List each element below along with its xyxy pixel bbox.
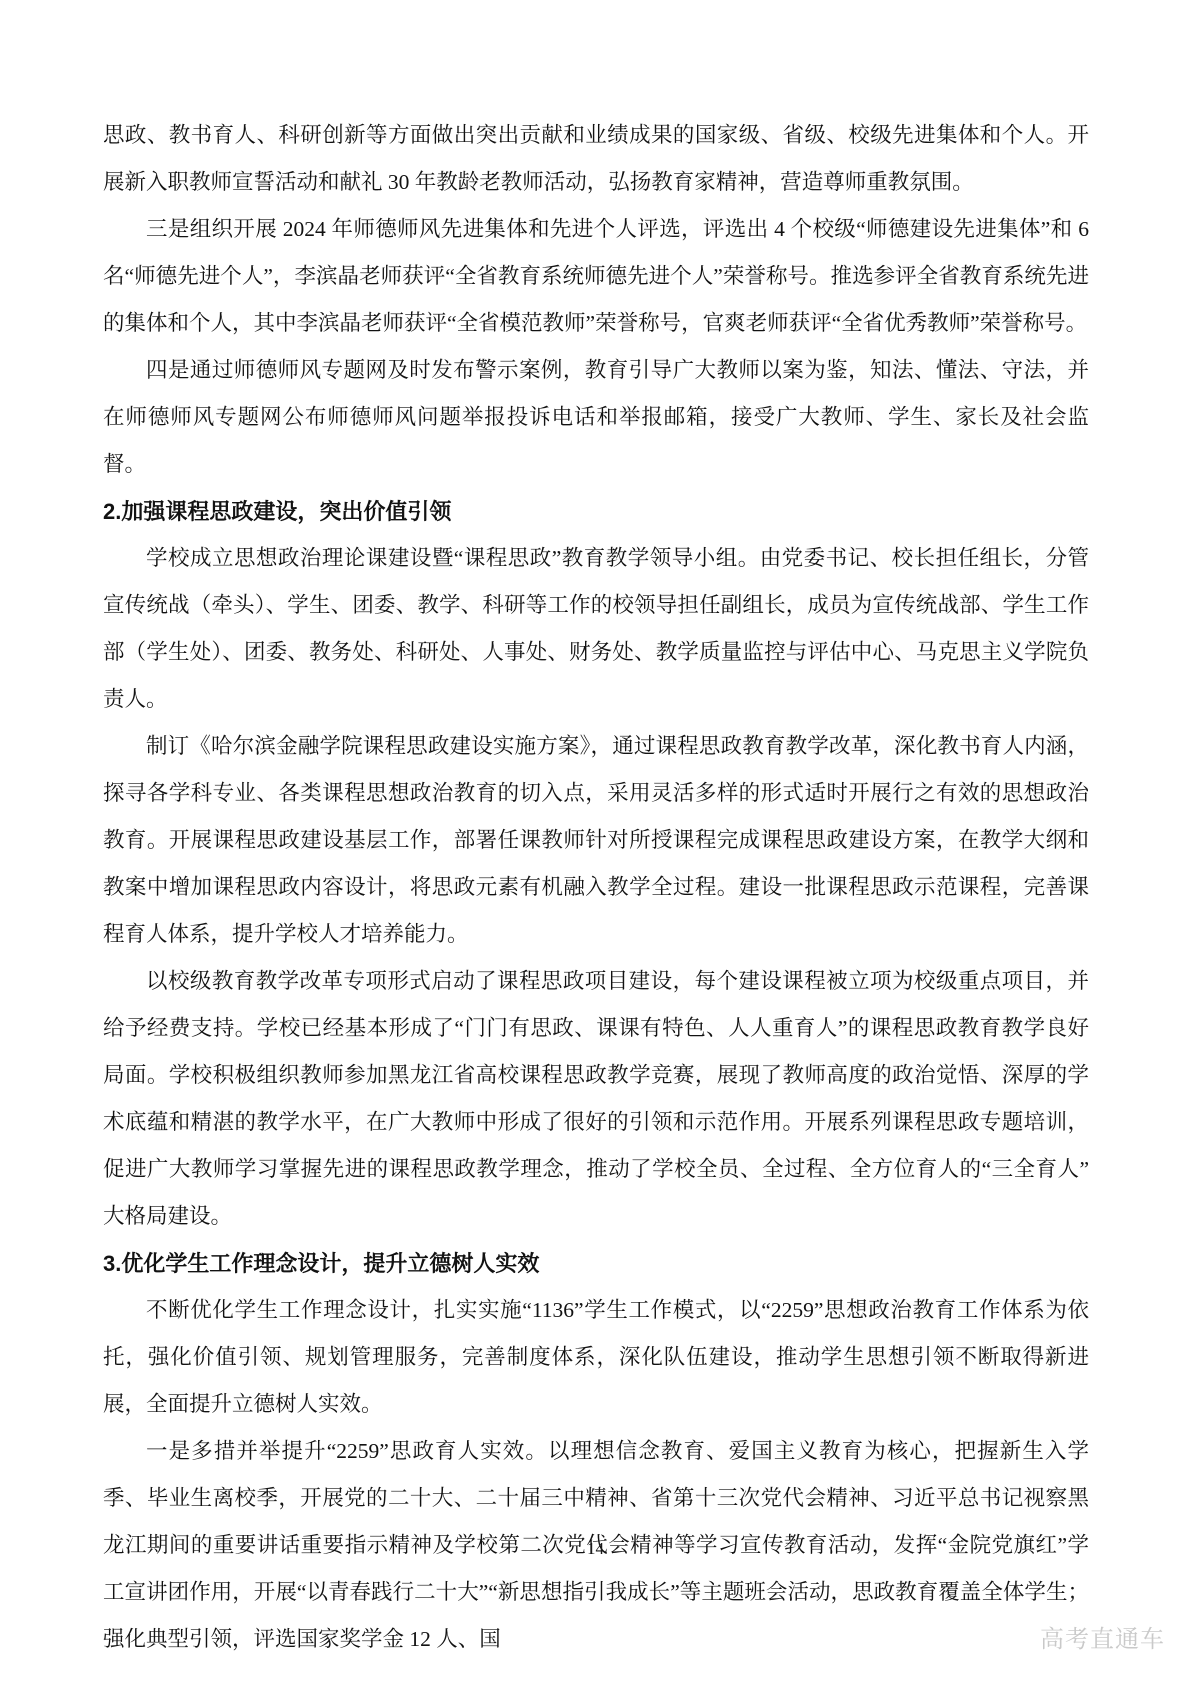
watermark-text: 高考直通车 bbox=[1040, 1624, 1165, 1656]
document-page: 思政、教书育人、科研创新等方面做出突出贡献和业绩成果的国家级、省级、校级先进集体… bbox=[0, 0, 1191, 1684]
body-paragraph: 以校级教育教学改革专项形式启动了课程思政项目建设，每个建设课程被立项为校级重点项… bbox=[103, 958, 1089, 1240]
page-number: 14 bbox=[0, 1537, 1191, 1561]
body-paragraph: 制订《哈尔滨金融学院课程思政建设实施方案》，通过课程思政教育教学改革，深化教书育… bbox=[103, 723, 1089, 958]
body-paragraph: 三是组织开展 2024 年师德师风先进集体和先进个人评选，评选出 4 个校级“师… bbox=[103, 206, 1089, 347]
section-heading: 2.加强课程思政建设，突出价值引领 bbox=[103, 488, 1089, 535]
body-paragraph: 思政、教书育人、科研创新等方面做出突出贡献和业绩成果的国家级、省级、校级先进集体… bbox=[103, 112, 1089, 206]
body-paragraph: 学校成立思想政治理论课建设暨“课程思政”教育教学领导小组。由党委书记、校长担任组… bbox=[103, 535, 1089, 723]
body-paragraph: 不断优化学生工作理念设计，扎实实施“1136”学生工作模式，以“2259”思想政… bbox=[103, 1287, 1089, 1428]
body-paragraph: 四是通过师德师风专题网及时发布警示案例，教育引导广大教师以案为鉴，知法、懂法、守… bbox=[103, 347, 1089, 488]
section-heading: 3.优化学生工作理念设计，提升立德树人实效 bbox=[103, 1240, 1089, 1287]
document-content: 思政、教书育人、科研创新等方面做出突出贡献和业绩成果的国家级、省级、校级先进集体… bbox=[103, 112, 1089, 1663]
